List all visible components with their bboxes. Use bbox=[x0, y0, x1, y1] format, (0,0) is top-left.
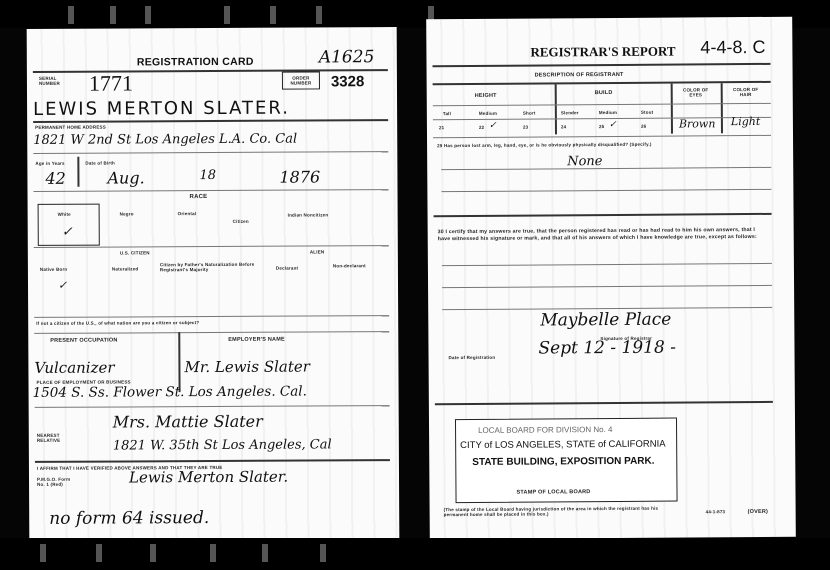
stamp-caption: STAMP OF LOCAL BOARD bbox=[516, 489, 590, 496]
serial-number-label: SERIAL NUMBER bbox=[39, 76, 65, 86]
perforation bbox=[145, 6, 151, 24]
order-number: 3328 bbox=[331, 73, 364, 90]
height-medium-mark: ✓ bbox=[489, 121, 497, 131]
row-number-22: 22 bbox=[479, 125, 484, 130]
row-number-24: 24 bbox=[561, 124, 566, 129]
eyes-heading: COLOR OF EYES bbox=[681, 87, 711, 97]
perforation bbox=[110, 6, 116, 24]
footnote-no-form-issued: no form 64 issued. bbox=[49, 508, 209, 529]
race-white-mark: ✓ bbox=[62, 225, 73, 240]
occupation-value: Vulcanizer bbox=[34, 359, 114, 377]
us-citizen-heading: U.S. CITIZEN bbox=[120, 250, 150, 255]
eye-color-value: Brown bbox=[679, 117, 716, 130]
perforation bbox=[316, 6, 322, 24]
build-medium-mark: ✓ bbox=[609, 120, 617, 130]
alien-column-nondeclarant: Non-declarant bbox=[333, 263, 366, 268]
alien-heading: ALIEN bbox=[310, 249, 325, 254]
alien-column-declarant: Declarant bbox=[276, 266, 298, 271]
race-column-negro: Negro bbox=[120, 211, 134, 216]
report-title: REGISTRAR'S REPORT bbox=[530, 44, 675, 61]
race-heading: RACE bbox=[190, 194, 208, 200]
nearest-relative-label: NEAREST RELATIVE bbox=[37, 433, 77, 443]
race-column-indian: Indian Noncitizen bbox=[288, 212, 329, 217]
microfilm-edge-bottom bbox=[0, 538, 830, 570]
form-code: 44-1-873 bbox=[706, 509, 726, 514]
address-label: PERMANENT HOME ADDRESS bbox=[35, 125, 106, 130]
height-heading: HEIGHT bbox=[475, 93, 497, 99]
perforation bbox=[224, 6, 230, 24]
build-col-slender: Slender bbox=[561, 110, 579, 115]
corner-number: A1625 bbox=[319, 47, 375, 67]
over-label: (OVER) bbox=[748, 509, 768, 515]
citizen-column-by-father: Citizen by Father's Naturalization Befor… bbox=[160, 262, 260, 273]
race-column-white: White bbox=[58, 212, 71, 217]
occupation-label: PRESENT OCCUPATION bbox=[50, 338, 117, 344]
row-number-21: 21 bbox=[439, 125, 444, 130]
registration-card: REGISTRATION CARD A1625 SERIAL NUMBER 17… bbox=[27, 27, 400, 541]
perforation bbox=[262, 544, 268, 562]
registrar-signature: Maybelle Place bbox=[540, 310, 671, 331]
perforation bbox=[210, 544, 216, 562]
serial-number: 1771 bbox=[89, 70, 133, 96]
form-number-label: P.M.G.O. Form No. 1 (Red) bbox=[37, 477, 77, 487]
row-number-23: 23 bbox=[523, 125, 528, 130]
birth-day: 18 bbox=[199, 168, 216, 183]
age-label: Age in Years bbox=[35, 161, 64, 166]
perforation bbox=[40, 544, 46, 562]
registrant-signature: Lewis Merton Slater. bbox=[129, 468, 288, 487]
stamp-line-3: STATE BUILDING, EXPOSITION PARK. bbox=[472, 456, 654, 468]
employment-place: 1504 S. Ss. Flower St. Los Angeles. Cal. bbox=[33, 384, 307, 401]
row-number-26: 26 bbox=[641, 124, 646, 129]
hair-heading: COLOR OF HAIR bbox=[731, 87, 761, 97]
registrant-name: LEWIS MERTON SLATER. bbox=[33, 98, 290, 120]
perforation bbox=[150, 544, 156, 562]
perforation bbox=[270, 6, 276, 24]
employer-label: EMPLOYER'S NAME bbox=[228, 337, 285, 343]
perforation bbox=[320, 544, 326, 562]
registration-date-label: Date of Registration bbox=[449, 355, 496, 360]
nearest-relative-address: 1821 W. 35th St Los Angeles, Cal bbox=[113, 437, 332, 453]
citizen-column-naturalized: Naturalized bbox=[112, 266, 138, 271]
build-col-stout: Stout bbox=[641, 110, 654, 115]
build-col-medium: Medium bbox=[599, 110, 617, 115]
native-born-mark: ✓ bbox=[58, 279, 67, 292]
age-value: 42 bbox=[45, 169, 65, 188]
description-heading: DESCRIPTION OF REGISTRANT bbox=[535, 72, 624, 79]
answer-29: None bbox=[567, 154, 602, 169]
birth-year: 1876 bbox=[279, 167, 320, 186]
card-title: REGISTRATION CARD bbox=[137, 56, 254, 69]
height-col-medium: Medium bbox=[479, 111, 497, 116]
divider bbox=[77, 157, 79, 187]
registrars-report-card: REGISTRAR'S REPORT 4-4-8. C DESCRIPTION … bbox=[426, 17, 796, 540]
local-board-stamp: LOCAL BOARD FOR DIVISION No. 4 CITY of L… bbox=[455, 418, 678, 504]
home-address: 1821 W 2nd St Los Angeles L.A. Co. Cal bbox=[33, 132, 297, 148]
divider bbox=[555, 84, 557, 134]
row-number-25: 25 bbox=[599, 124, 604, 129]
race-column-oriental: Oriental bbox=[178, 211, 197, 216]
citizen-column-native: Native Born bbox=[40, 267, 67, 272]
stamp-line-1: LOCAL BOARD FOR DIVISION No. 4 bbox=[478, 425, 612, 435]
stamp-note: (The stamp of the Local Board having jur… bbox=[444, 506, 674, 518]
nation-question: If not a citizen of the U.S., of what na… bbox=[36, 320, 199, 326]
build-heading: BUILD bbox=[595, 90, 613, 96]
height-col-short: Short bbox=[523, 111, 536, 116]
divider bbox=[671, 84, 673, 134]
hair-color-value: Light bbox=[731, 115, 760, 128]
height-col-tall: Tall bbox=[443, 111, 451, 116]
registration-date: Sept 12 - 1918 - bbox=[538, 338, 676, 359]
report-code: 4-4-8. C bbox=[700, 37, 765, 58]
question-30: 30 I certify that my answers are true, t… bbox=[438, 227, 768, 242]
order-number-label: ORDER NUMBER bbox=[286, 75, 316, 85]
nearest-relative-name: Mrs. Mattie Slater bbox=[113, 412, 263, 432]
stamp-line-2: CITY of LOS ANGELES, STATE of CALIFORNIA bbox=[460, 439, 665, 451]
perforation bbox=[96, 544, 102, 562]
race-column-citizen: Citizen bbox=[233, 219, 249, 224]
birth-month: Aug. bbox=[107, 168, 144, 187]
employer-value: Mr. Lewis Slater bbox=[184, 357, 310, 376]
perforation bbox=[68, 6, 74, 24]
birth-date-label: Date of Birth bbox=[85, 161, 115, 166]
